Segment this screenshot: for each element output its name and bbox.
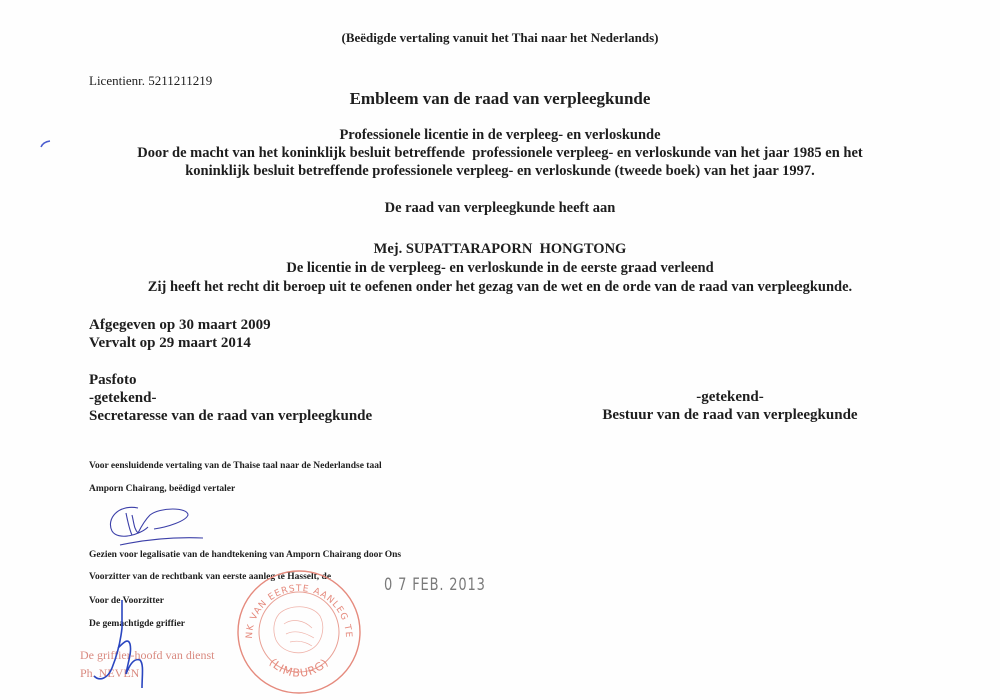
right-signatory: Bestuur van de raad van verpleegkunde [560, 407, 900, 424]
decree-line-1: Door de macht van het koninklijk besluit… [0, 145, 1000, 162]
date-stamp: 0 7 FEB. 2013 [384, 575, 486, 595]
translator-signature-icon [108, 505, 208, 547]
council-grants: De raad van verpleegkunde heeft aan [0, 200, 1000, 217]
rights-text: Zij heeft het recht dit beroep uit te oe… [0, 279, 1000, 296]
holder-name: Mej. SUPATTARAPORN HONGTONG [0, 241, 1000, 258]
photo-label: Pasfoto [89, 372, 137, 389]
svg-text:RECHTBANK VAN EERSTE AANLEG TE: RECHTBANK VAN EERSTE AANLEG TE HASSELT [230, 561, 353, 639]
grant-text: De licentie in de verpleeg- en verloskun… [0, 260, 1000, 277]
translator: Amporn Chairang, beëdigd vertaler [89, 484, 235, 494]
license-number: Licentienr. 5211211219 [89, 73, 212, 89]
right-signed-mark: -getekend- [560, 389, 900, 406]
expiry-date: Vervalt op 29 maart 2014 [89, 335, 251, 352]
license-type: Professionele licentie in de verpleeg- e… [0, 127, 1000, 144]
svg-text:(LIMBURG): (LIMBURG) [267, 656, 332, 680]
court-seal-icon: RECHTBANK VAN EERSTE AANLEG TE HASSELT (… [234, 568, 364, 696]
emblem-title: Embleem van de raad van verpleegkunde [0, 89, 1000, 109]
translation-header: (Beëdigde vertaling vanuit het Thai naar… [0, 30, 1000, 46]
translation-statement: Voor eensluidende vertaling van de Thais… [89, 461, 382, 471]
left-signatory: Secretaresse van de raad van verpleegkun… [89, 408, 372, 425]
pen-mark-icon [40, 140, 52, 148]
left-signed-mark: -getekend- [89, 390, 157, 407]
issued-date: Afgegeven op 30 maart 2009 [89, 317, 271, 334]
decree-line-2: koninklijk besluit betreffende professio… [0, 163, 1000, 180]
legalisation-statement: Gezien voor legalisatie van de handteken… [89, 550, 401, 560]
clerk-signature-icon [90, 598, 150, 698]
